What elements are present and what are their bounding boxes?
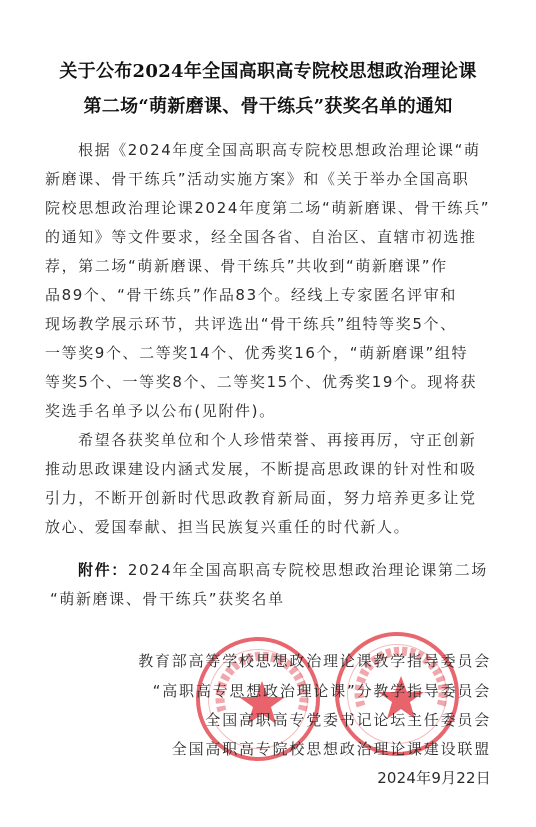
- signatory: “高职高专思想政治理论课”分教学指导委员会: [153, 680, 491, 701]
- paragraph-line: 根据《2024年度全国高职高专院校思想政治理论课“萌: [78, 140, 500, 160]
- paragraph-line: 的通知》等文件要求，经全国各省、自治区、直辖市初选推: [45, 227, 467, 247]
- attachment-title-line-2[interactable]: “萌新磨课、骨干练兵”获奖名单: [50, 589, 472, 609]
- paragraph-line: 荐，第二场“萌新磨课、骨干练兵”共收到“萌新磨课”作: [45, 256, 467, 276]
- document-title-line-2: 第二场“萌新磨课、骨干练兵”获奖名单的通知: [0, 92, 536, 118]
- document-title-line-1: 关于公布2024年全国高职高专院校思想政治理论课: [0, 57, 536, 83]
- signatory: 教育部高等学校思想政治理论课教学指导委员会: [138, 650, 491, 671]
- attachment-label: 附件：: [78, 561, 128, 579]
- paragraph-line: 院校思想政治理论课2024年度第二场“萌新磨课、骨干练兵”: [45, 198, 467, 218]
- paragraph-line: 一等奖9个、二等奖14个、优秀奖16个，“萌新磨课”组特: [45, 343, 467, 363]
- signatory: 全国高职高专党委书记论坛主任委员会: [205, 709, 491, 730]
- paragraph-line: 引力，不断开创新时代思政教育新局面，努力培养更多让党: [45, 488, 467, 508]
- paragraph-line: 希望各获奖单位和个人珍惜荣誉、再接再厉，守正创新: [78, 430, 500, 450]
- paragraph-line: 现场教学展示环节，共评选出“骨干练兵”组特等奖5个、: [45, 314, 467, 334]
- paragraph-line: 推动思政课建设内涵式发展，不断提高思政课的针对性和吸: [45, 459, 467, 479]
- attachment-title-line-1[interactable]: 2024年全国高职高专院校思想政治理论课第二场: [128, 561, 488, 579]
- paragraph-line: 等奖5个、一等奖8个、二等奖15个、优秀奖19个。现将获: [45, 372, 467, 392]
- signatory: 全国高职高专院校思想政治理论课建设联盟: [172, 738, 491, 759]
- paragraph-line: 品89个、“骨干练兵”作品83个。经线上专家匿名评审和: [45, 285, 467, 305]
- paragraph-line: 放心、爱国奉献、担当民族复兴重任的时代新人。: [45, 517, 467, 537]
- document-date: 2024年9月22日: [377, 767, 491, 788]
- paragraph-line: 新磨课、骨干练兵”活动实施方案》和《关于举办全国高职: [45, 169, 467, 189]
- paragraph-line: 奖选手名单予以公布(见附件)。: [45, 401, 467, 421]
